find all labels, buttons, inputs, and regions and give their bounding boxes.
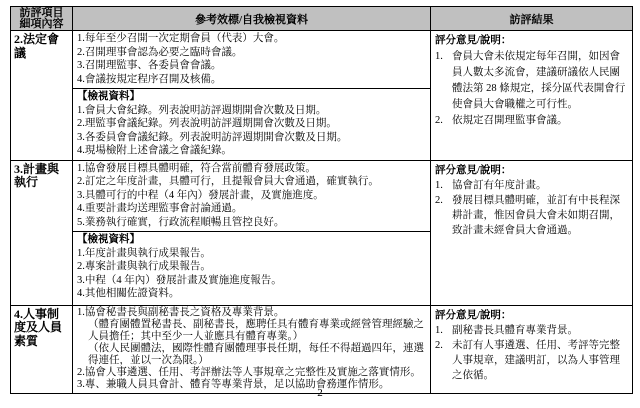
document-page: 訪評項目 細項內容 參考效標/自我檢視資料 訪評結果 2.法定會議 1.每年至少… (0, 0, 640, 408)
criteria-item: 3.召開理監事、各委員會會議。 (77, 59, 427, 73)
result-number: 1. (435, 178, 452, 193)
criteria-section: 1.每年至少召開一次定期會員（代表）大會。 2.召開理事會認為必要之臨時會議。 … (73, 31, 430, 88)
header-item-column: 訪評項目 細項內容 (11, 7, 73, 31)
criteria-item: 3.具體可行的中程（4 年內）發展計畫，及實施進度。 (77, 189, 427, 203)
evaluation-table: 訪評項目 細項內容 參考效標/自我檢視資料 訪評結果 2.法定會議 1.每年至少… (10, 6, 633, 394)
criteria-item: 4.重要計畫均送理監事會討論通過。 (77, 202, 427, 216)
criteria-item: 5.業務執行確實，行政流程順暢且管控良好。 (77, 216, 427, 230)
result-number: 1. (435, 323, 452, 338)
result-text: 會員大會未依規定每年召開，如因會員人數太多流會，建議研議依人民團體法第 28 條… (452, 49, 629, 113)
table-header-row: 訪評項目 細項內容 參考效標/自我檢視資料 訪評結果 (11, 7, 633, 31)
result-header: 評分意見/說明： (435, 163, 629, 178)
header-item-line1: 訪評項目 (11, 8, 72, 19)
criteria-item: 1.協會秘書長與副秘書長之資格及專業背景。 (77, 307, 427, 319)
result-text: 發展目標具體明確，並訂有中長程深耕計畫，惟因會員大會未如期召開，致計畫未經會員大… (452, 193, 629, 238)
result-item: 1. 會員大會未依規定每年召開，如因會員人數太多流會，建議研議依人民團體法第 2… (435, 49, 629, 113)
inspection-item: 4.現場檢附上述會議之會議紀錄。 (77, 144, 427, 158)
inspection-item: 1.年度計畫與執行成果報告。 (77, 247, 427, 261)
row-title: 2.法定會議 (11, 31, 73, 161)
result-item: 2. 依規定召開理監事會議。 (435, 113, 629, 129)
result-cell: 評分意見/說明： 1. 會員大會未依規定每年召開，如因會員人數太多流會，建議研議… (431, 31, 633, 161)
row-plans-execution: 3.計畫與執行 1.協會發展目標具體明確，符合當前體育發展政策。 2.訂定之年度… (11, 160, 633, 305)
inspection-section: 【檢視資料】 1.年度計畫與執行成果報告。 2.專案計畫與執行成果報告。 3.中… (73, 231, 430, 303)
row-title: 4.人事制度及人員素質 (11, 305, 73, 393)
result-number: 2. (435, 113, 452, 129)
criteria-section: 1.協會秘書長與副秘書長之資格及專業背景。 （體育團體置秘書長、副秘書長，應聘任… (73, 306, 430, 393)
page-number: 2 (0, 387, 640, 400)
criteria-note: （體育團體置秘書長、副秘書長，應聘任具有體育專業或經營管理經驗之人員擔任；其中至… (77, 319, 427, 343)
result-header: 評分意見/說明： (435, 308, 629, 323)
result-text: 協會訂有年度計畫。 (452, 178, 629, 193)
criteria-cell: 1.協會發展目標具體明確，符合當前體育發展政策。 2.訂定之年度計畫，具體可行，… (73, 160, 431, 305)
result-cell: 評分意見/說明： 1. 副秘書長具體育專業背景。 2. 未訂有人事遴選、任用、考… (431, 305, 633, 393)
criteria-item: 2.訂定之年度計畫，具體可行，且提報會員大會通過，確實執行。 (77, 175, 427, 189)
result-number: 2. (435, 338, 452, 383)
criteria-item: 1.協會發展目標具體明確，符合當前體育發展政策。 (77, 162, 427, 176)
row-title: 3.計畫與執行 (11, 160, 73, 305)
criteria-section: 1.協會發展目標具體明確，符合當前體育發展政策。 2.訂定之年度計畫，具體可行，… (73, 161, 430, 232)
inspection-item: 4.其他相關佐證資料。 (77, 287, 427, 301)
criteria-item: 4.會議按規定程序召開及核備。 (77, 73, 427, 87)
header-criteria-column: 參考效標/自我檢視資料 (73, 7, 431, 31)
result-text: 依規定召開理監事會議。 (452, 113, 629, 129)
result-number: 1. (435, 49, 452, 113)
criteria-note: （依人民團體法，國際性體育團體理事長任期，每任不得超過四年，連選得連任，並以一次… (77, 343, 427, 367)
inspection-item: 3.中程（4 年內）發展計畫及實施進度報告。 (77, 274, 427, 288)
criteria-cell: 1.協會秘書長與副秘書長之資格及專業背景。 （體育團體置秘書長、副秘書長，應聘任… (73, 305, 431, 393)
inspection-header: 【檢視資料】 (77, 233, 427, 247)
result-text: 未訂有人事遴選、任用、考評等完整人事規章，建議明訂，以為人事管理之依循。 (452, 338, 629, 383)
inspection-item: 2.理監事會議紀錄。列表說明訪評週期開會次數及日期。 (77, 117, 427, 131)
criteria-item: 2.召開理事會認為必要之臨時會議。 (77, 46, 427, 60)
inspection-item: 3.各委員會會議紀錄。列表說明訪評週期開會次數及日期。 (77, 131, 427, 145)
criteria-item: 1.每年至少召開一次定期會員（代表）大會。 (77, 32, 427, 46)
result-header: 評分意見/說明： (435, 33, 629, 49)
result-cell: 評分意見/說明： 1. 協會訂有年度計畫。 2. 發展目標具體明確，並訂有中長程… (431, 160, 633, 305)
header-item-line2: 細項內容 (11, 19, 72, 30)
result-text: 副秘書長具體育專業背景。 (452, 323, 629, 338)
criteria-item: 2.協會人事遴選、任用、考評辦法等人事規章之完整性及實施之落實情形。 (77, 367, 427, 379)
row-personnel: 4.人事制度及人員素質 1.協會秘書長與副秘書長之資格及專業背景。 （體育團體置… (11, 305, 633, 393)
result-item: 2. 未訂有人事遴選、任用、考評等完整人事規章，建議明訂，以為人事管理之依循。 (435, 338, 629, 383)
criteria-cell: 1.每年至少召開一次定期會員（代表）大會。 2.召開理事會認為必要之臨時會議。 … (73, 31, 431, 161)
inspection-section: 【檢視資料】 1.會員大會紀錄。列表說明訪評週期開會次數及日期。 2.理監事會議… (73, 88, 430, 160)
inspection-item: 1.會員大會紀錄。列表說明訪評週期開會次數及日期。 (77, 104, 427, 118)
result-item: 1. 協會訂有年度計畫。 (435, 178, 629, 193)
header-result-column: 訪評結果 (431, 7, 633, 31)
inspection-header: 【檢視資料】 (77, 90, 427, 104)
row-legal-meetings: 2.法定會議 1.每年至少召開一次定期會員（代表）大會。 2.召開理事會認為必要… (11, 31, 633, 161)
result-item: 1. 副秘書長具體育專業背景。 (435, 323, 629, 338)
result-number: 2. (435, 193, 452, 238)
result-item: 2. 發展目標具體明確，並訂有中長程深耕計畫，惟因會員大會未如期召開，致計畫未經… (435, 193, 629, 238)
inspection-item: 2.專案計畫與執行成果報告。 (77, 260, 427, 274)
